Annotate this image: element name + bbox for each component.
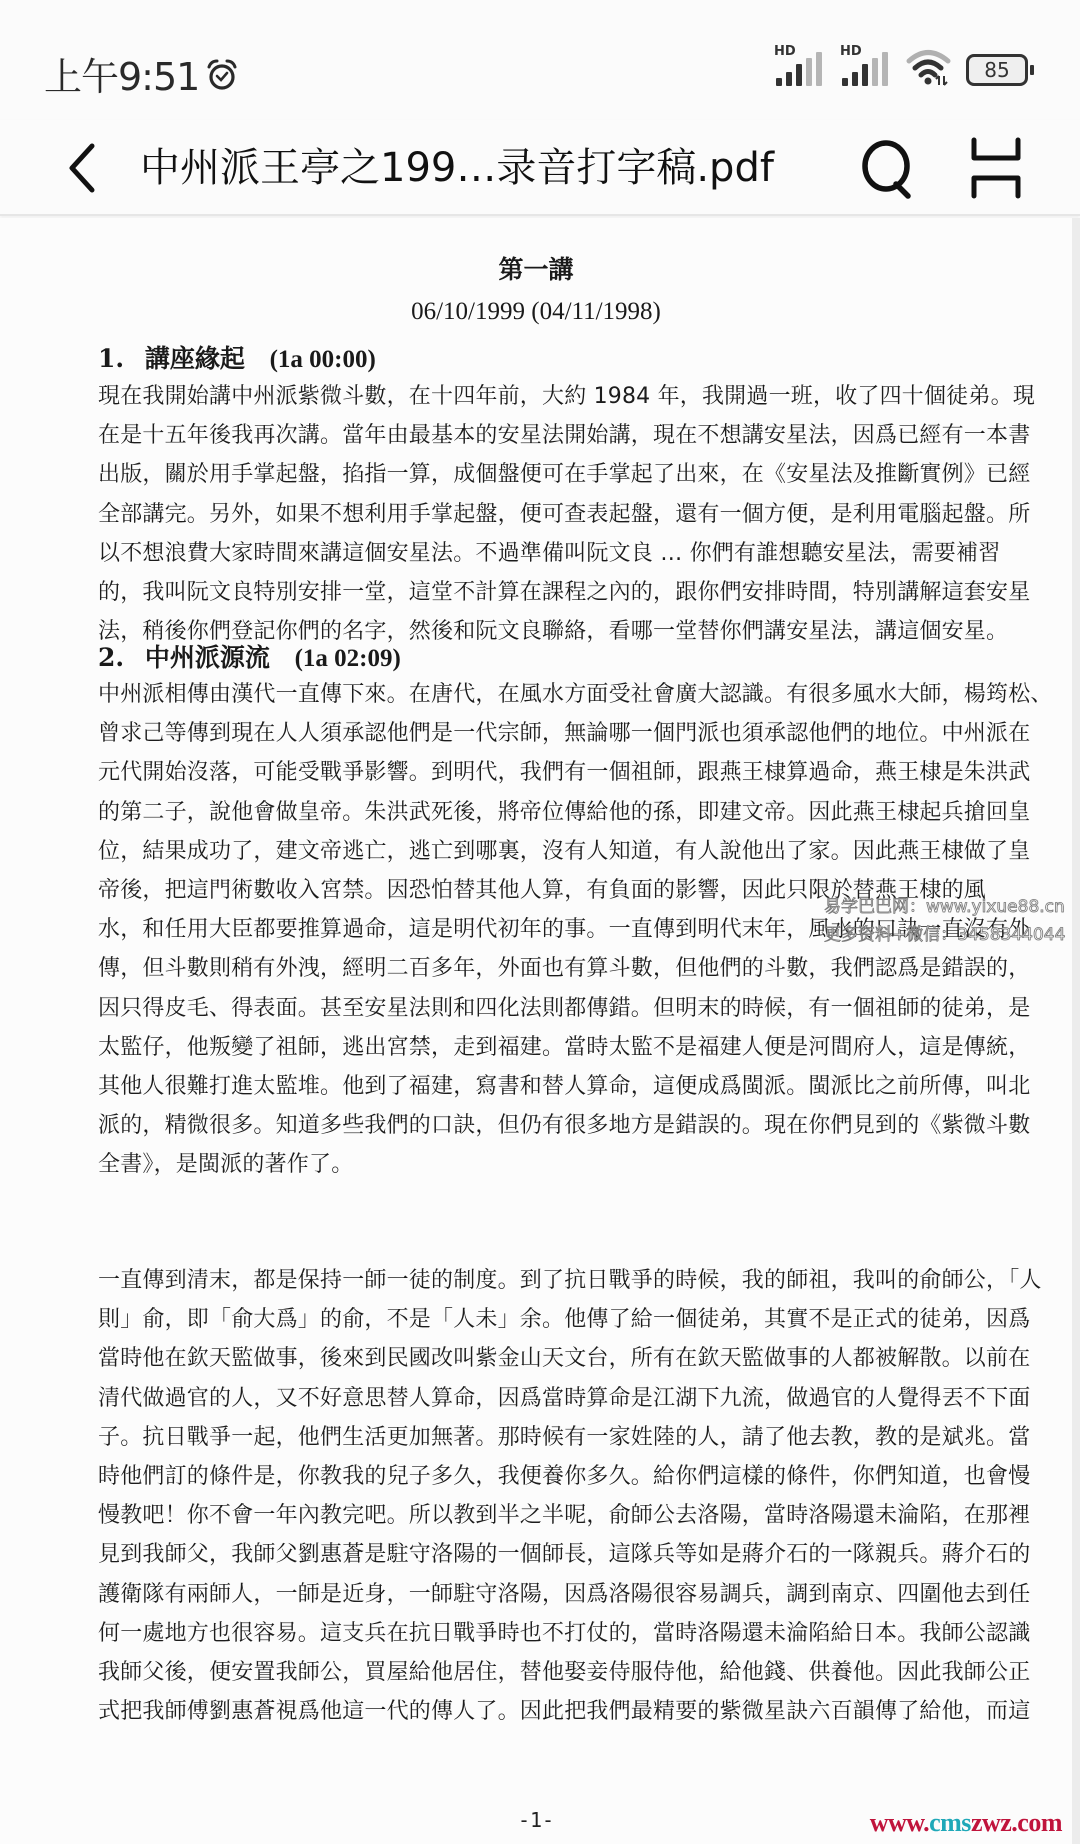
text-line: 何一處地方也很容易。這支兵在抗日戰爭時也不打仗的，當時洛陽還未淪陷給日本。我師公… [98,1614,1002,1653]
pdf-page: 第一講 06/10/1999 (04/11/1998) 1. 講座緣起 (1a … [0,218,1072,1844]
text-line: 一直傳到清末，都是保持一師一徒的制度。到了抗日戰爭的時候，我的師祖，我叫的俞師公… [98,1261,1002,1300]
section-number: 1. [98,344,124,373]
wifi-icon [906,48,952,86]
text-line: 式把我師傅劉惠蒼視爲他這一代的傳人了。因此把我們最精要的紫微星訣六百韻傳了給他，… [98,1692,1002,1731]
status-time-group: 上午9:51 [44,46,239,101]
text-line: 中州派相傳由漢代一直傳下來。在唐代，在風水方面受社會廣大認識。有很多風水大師，楊… [98,675,1002,714]
battery-level: 85 [984,58,1009,82]
search-button[interactable] [858,134,918,202]
vertical-scrollbar[interactable] [1072,218,1080,1844]
text-line: 在是十五年後我再次講。當年由最基本的安星法開始講，現在不想講安星法，因爲已經有一… [98,416,1002,455]
battery-indicator: 85 [966,54,1028,86]
text-line: 派的，精微很多。知道多些我們的口訣，但仍有很多地方是錯誤的。現在你們見到的《紫微… [98,1106,1002,1145]
watermark-line: 易学巴巴网：www.yixue88.cn [824,892,1065,917]
status-icons: HD HD [774,46,1028,86]
text-line: 傳，但斗數則稍有外洩，經明二百多年，外面也有算斗數，但他們的斗數，我們認爲是錯誤… [98,949,1002,988]
text-line: 現在我開始講中州派紫微斗數，在十四年前，大約 1984 年，我開過一班，收了四十… [98,377,1002,416]
text-line: 當時他在欽天監做事，後來到民國改叫紫金山天文台，所有在欽天監做事的人都被解散。以… [98,1339,1002,1378]
search-icon [858,187,918,206]
menu-button[interactable] [968,134,1024,202]
watermark-line: 更多资料+微信：3458344044 [824,920,1065,945]
text-line: 全部講完。另外，如果不想利用手掌起盤，便可查表起盤，還有一個方便，是利用電腦起盤… [98,495,1002,534]
text-line: 時他們訂的條件是，你教我的兒子多久，我便養你多久。給你們這樣的條件，你們知道，也… [98,1457,1002,1496]
text-line: 慢教吧！你不會一年內教完吧。所以教到半之半呢，俞師公去洛陽，當時洛陽還未淪陷，在… [98,1496,1002,1535]
text-line: 見到我師父，我師父劉惠蒼是駐守洛陽的一個師長，這隊兵等如是蔣介石的一隊親兵。蔣介… [98,1535,1002,1574]
lecture-date: 06/10/1999 (04/11/1998) [0,298,1072,326]
section-paragraph: 現在我開始講中州派紫微斗數，在十四年前，大約 1984 年，我開過一班，收了四十… [98,377,1002,651]
clock-time: 上午9:51 [44,46,199,101]
text-line: 其他人很難打進太監堆。他到了福建，寫書和替人算命，這便成爲閩派。閩派比之前所傳，… [98,1067,1002,1106]
text-line: 位，結果成功了，建文帝逃亡，逃亡到哪裏，沒有人知道，有人說他出了家。因此燕王棣做… [98,832,1002,871]
chevron-left-icon [56,187,116,206]
section-title: 講座緣起 [145,344,245,373]
status-bar: 上午9:51 HD HD [0,0,1080,120]
lecture-heading: 第一講 [0,250,1072,286]
section-title: 中州派源流 [145,643,270,672]
pdf-viewport[interactable]: 第一講 06/10/1999 (04/11/1998) 1. 講座緣起 (1a … [0,218,1080,1844]
text-line: 以不想浪費大家時間來講這個安星法。不過準備叫阮文良 … 你們有誰想聽安星法，需要… [98,534,1002,573]
section-timestamp: (1a 02:09) [295,645,401,672]
text-line: 太監仔，他叛變了祖師，逃出宮禁，走到福建。當時太監不是福建人便是河間府人，這是傳… [98,1028,1002,1067]
cellular-signal-icon: HD [774,46,826,86]
text-line: 的第二子，說他會做皇帝。朱洪武死後，將帝位傳給他的孫，即建文帝。因此燕王棣起兵搶… [98,793,1002,832]
cellular-signal-icon: HD [840,46,892,86]
text-line: 則」俞，即「俞大爲」的俞，不是「人未」余。他傳了給一個徒弟，其實不是正式的徒弟，… [98,1300,1002,1339]
document-title: 中州派王亭之199…录音打字稿.pdf [140,136,774,193]
text-line: 護衛隊有兩師人，一師是近身，一師駐守洛陽，因爲洛陽很容易調兵，調到南京、四圍他去… [98,1575,1002,1614]
text-line: 我師父後，便安置我師公，買屋給他居住，替他娶妾侍服侍他，給他錢、供養他。因此我師… [98,1653,1002,1692]
section-heading: 2. 中州派源流 (1a 02:09) [98,638,401,674]
text-line: 因只得皮毛、得表面。甚至安星法則和四化法則都傳錯。但明末的時候，有一個祖師的徒弟… [98,989,1002,1028]
section-timestamp: (1a 00:00) [270,346,376,373]
app-header: 中州派王亭之199…录音打字稿.pdf [0,120,1080,216]
text-line: 出版，關於用手掌起盤，掐指一算，成個盤便可在手掌起了出來，在《安星法及推斷實例》… [98,455,1002,494]
section-number: 2. [98,643,124,672]
alarm-clock-icon [205,57,239,91]
text-line: 元代開始沒落，可能受戰爭影響。到明代，我們有一個祖師，跟燕王棣算過命，燕王棣是朱… [98,753,1002,792]
text-line: 全書》，是閩派的著作了。 [98,1145,1002,1184]
text-line: 子。抗日戰爭一起，他們生活更加無著。那時候有一家姓陸的人，請了他去教，教的是斌兆… [98,1418,1002,1457]
site-watermark: www.cmszwz.com [870,1808,1062,1838]
text-line: 的，我叫阮文良特別安排一堂，這堂不計算在課程之內的，跟你們安排時間，特別講解這套… [98,573,1002,612]
back-button[interactable] [56,132,116,202]
continuation-paragraph: 一直傳到清末，都是保持一師一徒的制度。到了抗日戰爭的時候，我的師祖，我叫的俞師公… [98,1261,1002,1731]
text-line: 清代做過官的人，又不好意思替人算命，因爲當時算命是江湖下九流，做過官的人覺得丟不… [98,1379,1002,1418]
menu-icon [968,187,1024,206]
section-heading: 1. 講座緣起 (1a 00:00) [98,339,376,375]
text-line: 曾求己等傳到現在人人須承認他們是一代宗師，無論哪一個門派也須承認他們的地位。中州… [98,714,1002,753]
